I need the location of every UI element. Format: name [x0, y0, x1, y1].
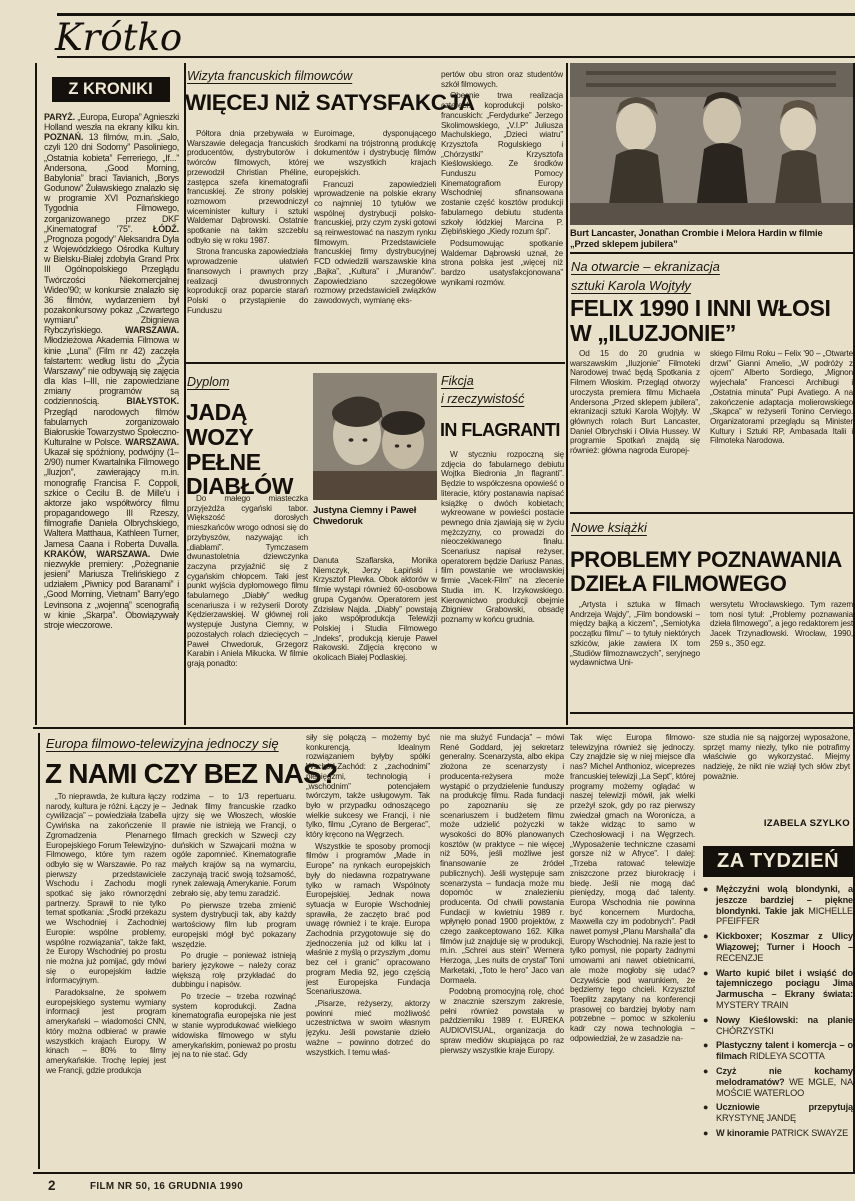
znami-col6: sze studia nie są najgorzej wyposażone, …	[703, 733, 850, 811]
ksiazki-headline: PROBLEMY POZNAWANIA DZIEŁA FILMOWEGO	[570, 548, 855, 596]
photo-jubiler-caption: Burt Lancaster, Jonathan Crombie i Melor…	[570, 228, 853, 250]
znami-col5: Tak więc Europa filmowo-telewizyjna równ…	[570, 733, 695, 1169]
znami-byline: IZABELA SZYLKO	[703, 818, 850, 829]
dyplom-col1: Do małego miasteczka przyjeżdża cygański…	[187, 494, 308, 720]
znami-col4: nie ma służyć Fundacja” – mówi René Godd…	[440, 733, 564, 1169]
bottom-left-rule	[38, 733, 40, 1169]
dyplom-kicker: Dyplom	[187, 373, 229, 391]
ksiazki-col2: wersytetu Wrocławskiego. Tym razem tom n…	[710, 600, 853, 708]
znami-col1: „To nieprawda, że kultura łączy narody, …	[46, 792, 166, 1168]
page-title: Krótko	[55, 16, 182, 59]
kronika-column: Z KRONIKI PARYŻ. „Europa, Europa” Agnies…	[35, 63, 186, 725]
footer-rule	[33, 1172, 855, 1174]
photo-diably-still	[313, 373, 437, 500]
felix-col2: skiego Filmu Roku – Felix '90 – „Otwarte…	[710, 349, 853, 499]
kronika-badge: Z KRONIKI	[52, 77, 170, 102]
wiecej-headline: WIĘCEJ NIŻ SATYSFAKCJA	[185, 92, 475, 115]
wiecej-col1: Półtora dnia przebywała w Warszawie dele…	[187, 129, 308, 359]
dyplom-col2: Danuta Szaflarska, Monika Niemczyk, Jerz…	[313, 556, 437, 721]
ksiazki-top-rule	[570, 512, 853, 514]
felix-kicker-line1: Na otwarcie – ekranizacja	[571, 259, 720, 274]
photo-jubiler-still	[570, 63, 853, 225]
znami-col2: rodzima – to 1/3 repertuaru. Jednak film…	[172, 792, 296, 1168]
felix-kicker: Na otwarcie – ekranizacja sztuki Karola …	[571, 258, 720, 296]
wiecej-col2: Euroimage, dysponującego środkami na tró…	[314, 129, 436, 359]
footer-issue: FILM NR 50, 16 GRUDNIA 1990	[90, 1181, 243, 1192]
flagranti-body: W styczniu rozpoczną się zdjęcia do fabu…	[441, 450, 564, 722]
zatydzien-badge: ZA TYDZIEŃ	[703, 846, 853, 877]
photo-diably-caption: Justyna Ciemny i Paweł Chwedoruk	[313, 505, 437, 527]
flagranti-headline: IN FLAGRANTI	[440, 421, 560, 439]
masthead-rule-bottom	[57, 56, 855, 58]
znami-headline: Z NAMI CZY BEZ NAS?	[45, 760, 337, 789]
felix-col1: Od 15 do 20 grudnia w warszawskim „Iluzj…	[570, 349, 700, 499]
footer-page-number: 2	[48, 1178, 56, 1193]
felix-headline: FELIX 1990 I INNI WŁOSI W „ILUZJONIE”	[570, 296, 855, 347]
ksiazki-bottom-rule	[570, 712, 853, 714]
znami-kicker: Europa filmowo-telewizyjna jednoczy się	[46, 735, 279, 754]
flagranti-kicker: Fikcja i rzeczywistość	[441, 372, 524, 408]
ksiazki-kicker: Nowe książki	[571, 519, 647, 538]
magazine-page: Krótko Z KRONIKI PARYŻ. „Europa, Europa”…	[0, 0, 855, 1201]
felix-top-rule	[570, 252, 853, 254]
photo-diably-illustration	[313, 373, 437, 500]
zatydzien-list: Mężczyźni wolą blondynki, a jeszcze bard…	[703, 884, 853, 1168]
flagranti-kicker-line1: Fikcja	[441, 374, 474, 388]
dyplom-headline: JADĄ WOZY PEŁNE DIABŁÓW	[186, 400, 306, 499]
znami-col3: siły się połączą – możemy być konkurencj…	[306, 733, 430, 1169]
ksiazki-col1: „Artysta i sztuka w filmach Andrzeja Waj…	[570, 600, 700, 708]
middle-right-rule	[566, 63, 568, 725]
bottom-section-rule	[33, 727, 855, 729]
wiecej-bottom-rule	[185, 362, 565, 364]
wiecej-kicker: Wizyta francuskich filmowców	[187, 67, 352, 85]
wiecej-col3: pertów obu stron oraz studentów szkół fi…	[441, 70, 563, 359]
felix-kicker-line2: sztuki Karola Wojtyły	[571, 278, 691, 293]
flagranti-kicker-line2: i rzeczywistość	[441, 392, 524, 406]
photo-jubiler-illustration	[570, 63, 853, 225]
kronika-text: PARYŻ. „Europa, Europa” Agnieszki Hollan…	[44, 112, 179, 712]
